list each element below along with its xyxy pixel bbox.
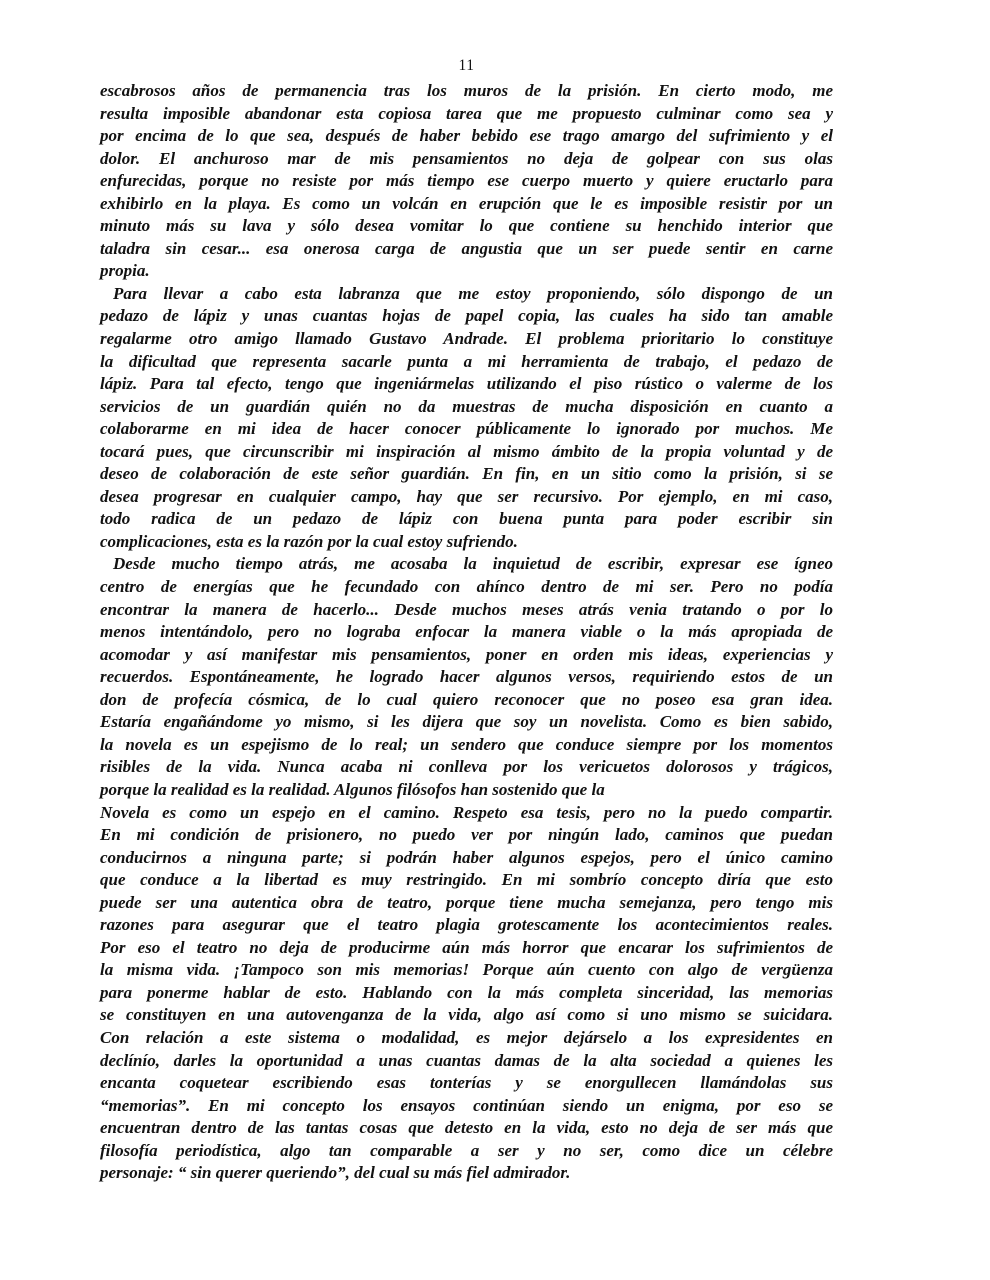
text-line: tocará pues, que circunscribir mi inspir… [100, 441, 833, 464]
text-line: pedazo de lápiz y unas cuantas hojas de … [100, 305, 833, 328]
text-line: propia. [100, 260, 833, 283]
text-line: Novela es como un espejo en el camino. R… [100, 802, 833, 825]
text-line: menos intentándolo, pero no lograba enfo… [100, 621, 833, 644]
text-line: la dificultad que representa sacarle pun… [100, 351, 833, 374]
text-line: acomodar y así manifestar mis pensamient… [100, 644, 833, 667]
text-line: razones para asegurar que el teatro plag… [100, 914, 833, 937]
text-line: Desde mucho tiempo atrás, me acosaba la … [100, 553, 833, 576]
text-line: desea progresar en cualquier campo, hay … [100, 486, 833, 509]
text-line: se constituyen en una autovenganza de la… [100, 1004, 833, 1027]
text-line: personaje: “ sin querer queriendo”, del … [100, 1162, 833, 1185]
text-line: filosofía periodística, algo tan compara… [100, 1140, 833, 1163]
text-line: encuentran dentro de las tantas cosas qu… [100, 1117, 833, 1140]
text-line: regalarme otro amigo llamado Gustavo And… [100, 328, 833, 351]
text-body: escabrosos años de permanencia tras los … [100, 80, 833, 1185]
text-line: exhibirlo en la playa. Es como un volcán… [100, 193, 833, 216]
text-line: complicaciones, esta es la razón por la … [100, 531, 833, 554]
text-line: lápiz. Para tal efecto, tengo que ingeni… [100, 373, 833, 396]
text-line: deseo de colaboración de este señor guar… [100, 463, 833, 486]
text-line: encontrar la manera de hacerlo... Desde … [100, 599, 833, 622]
text-line: centro de energías que he fecundado con … [100, 576, 833, 599]
text-line: puede ser una autentica obra de teatro, … [100, 892, 833, 915]
text-line: la misma vida. ¡Tampoco son mis memorias… [100, 959, 833, 982]
text-line: minuto más su lava y sólo desea vomitar … [100, 215, 833, 238]
text-line: escabrosos años de permanencia tras los … [100, 80, 833, 103]
text-line: todo radica de un pedazo de lápiz con bu… [100, 508, 833, 531]
text-line: Para llevar a cabo esta labranza que me … [100, 283, 833, 306]
text-line: colaborarme en mi idea de hacer conocer … [100, 418, 833, 441]
text-line: Por eso el teatro no deja de producirme … [100, 937, 833, 960]
text-line: conducirnos a ninguna parte; si podrán h… [100, 847, 833, 870]
text-line: En mi condición de prisionero, no puedo … [100, 824, 833, 847]
text-line: taladra sin cesar... esa onerosa carga d… [100, 238, 833, 261]
text-line: por encima de lo que sea, después de hab… [100, 125, 833, 148]
text-line: recuerdos. Espontáneamente, he logrado h… [100, 666, 833, 689]
text-line: don de profecía cósmica, de lo cual quie… [100, 689, 833, 712]
text-line: Con relación a este sistema o modalidad,… [100, 1027, 833, 1050]
text-line: encanta coquetear escribiendo esas tonte… [100, 1072, 833, 1095]
document-page: 11 escabrosos años de permanencia tras l… [0, 0, 990, 1280]
page-number: 11 [100, 57, 833, 75]
text-line: risibles de la vida. Nunca acaba ni conl… [100, 756, 833, 779]
text-line: Estaría engañándome yo mismo, si les dij… [100, 711, 833, 734]
text-line: “memorias”. En mi concepto los ensayos c… [100, 1095, 833, 1118]
text-line: la novela es un espejismo de lo real; un… [100, 734, 833, 757]
text-line: porque la realidad es la realidad. Algun… [100, 779, 833, 802]
text-line: dolor. El anchuroso mar de mis pensamien… [100, 148, 833, 171]
text-line: para ponerme hablar de esto. Hablando co… [100, 982, 833, 1005]
text-line: servicios de un guardián quién no da mue… [100, 396, 833, 419]
text-line: enfurecidas, porque no resiste por más t… [100, 170, 833, 193]
text-line: que conduce a la libertad es muy restrin… [100, 869, 833, 892]
text-line: declínío, darles la oportunidad a unas c… [100, 1050, 833, 1073]
text-line: resulta imposible abandonar esta copiosa… [100, 103, 833, 126]
